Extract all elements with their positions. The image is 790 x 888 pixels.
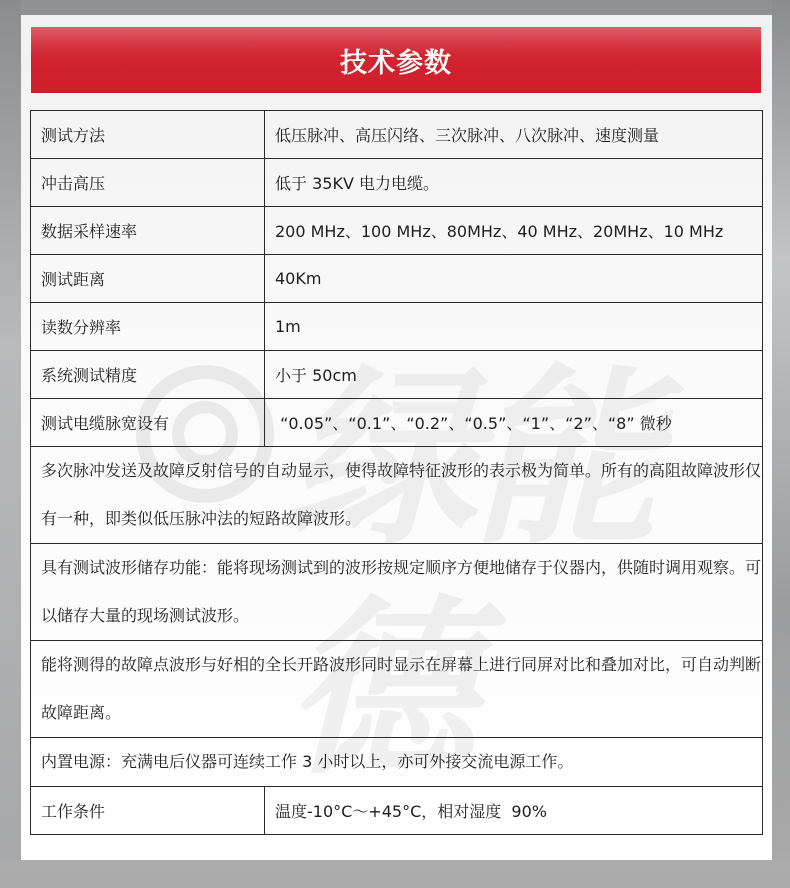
row-label: 冲击高压 [31,159,265,207]
row-value: 1m [265,303,763,351]
row-value: 200 MHz、100 MHz、80MHz、40 MHz、20MHz、10 MH… [265,207,763,255]
row-value: 小于 50cm [265,351,763,399]
table-row: 工作条件 温度-10°C～+45°C，相对湿度 90% [31,787,763,835]
row-value: 温度-10°C～+45°C，相对湿度 90% [265,787,763,835]
table-row: 测试电缆脉宽设有 “0.05”、“0.1”、“0.2”、“0.5”、“1”、“2… [31,399,763,447]
row-label: 测试电缆脉宽设有 [31,399,265,447]
row-value: 低于 35KV 电力电缆。 [265,159,763,207]
row-label: 系统测试精度 [31,351,265,399]
table-row: 测试方法 低压脉冲、高压闪络、三次脉冲、八次脉冲、速度测量 [31,111,763,159]
row-value: 低压脉冲、高压闪络、三次脉冲、八次脉冲、速度测量 [265,111,763,159]
row-label: 测试距离 [31,255,265,303]
note-row: 具有测试波形储存功能：能将现场测试到的波形按规定顺序方便地储存于仪器内，供随时调… [31,544,763,641]
title-banner: 技术参数 [31,27,761,93]
background-right [772,0,790,860]
note-text: 具有测试波形储存功能：能将现场测试到的波形按规定顺序方便地储存于仪器内，供随时调… [31,544,763,641]
note-row: 能将测得的故障点波形与好相的全长开路波形同时显示在屏幕上进行同屏对比和叠加对比，… [31,641,763,738]
row-label: 数据采样速率 [31,207,265,255]
table-row: 测试距离 40Km [31,255,763,303]
spec-card: 技术参数 绿能德 测试方法 低压脉冲、高压闪络、三次脉冲、八次脉冲、速度测量 冲… [21,15,772,860]
note-text: 多次脉冲发送及故障反射信号的自动显示，使得故障特征波形的表示极为简单。所有的高阻… [31,447,763,544]
page-title: 技术参数 [340,41,452,80]
table-row: 冲击高压 低于 35KV 电力电缆。 [31,159,763,207]
row-value: 40Km [265,255,763,303]
note-text: 内置电源：充满电后仪器可连续工作 3 小时以上，亦可外接交流电源工作。 [31,738,763,787]
table-row: 读数分辨率 1m [31,303,763,351]
row-label: 测试方法 [31,111,265,159]
table-row: 系统测试精度 小于 50cm [31,351,763,399]
row-value: “0.05”、“0.1”、“0.2”、“0.5”、“1”、“2”、“8” 微秒 [265,399,763,447]
spec-table: 测试方法 低压脉冲、高压闪络、三次脉冲、八次脉冲、速度测量 冲击高压 低于 35… [30,110,763,835]
row-label: 读数分辨率 [31,303,265,351]
row-label: 工作条件 [31,787,265,835]
note-text: 能将测得的故障点波形与好相的全长开路波形同时显示在屏幕上进行同屏对比和叠加对比，… [31,641,763,738]
background-left [0,0,21,860]
note-row: 内置电源：充满电后仪器可连续工作 3 小时以上，亦可外接交流电源工作。 [31,738,763,787]
table-row: 数据采样速率 200 MHz、100 MHz、80MHz、40 MHz、20MH… [31,207,763,255]
note-row: 多次脉冲发送及故障反射信号的自动显示，使得故障特征波形的表示极为简单。所有的高阻… [31,447,763,544]
